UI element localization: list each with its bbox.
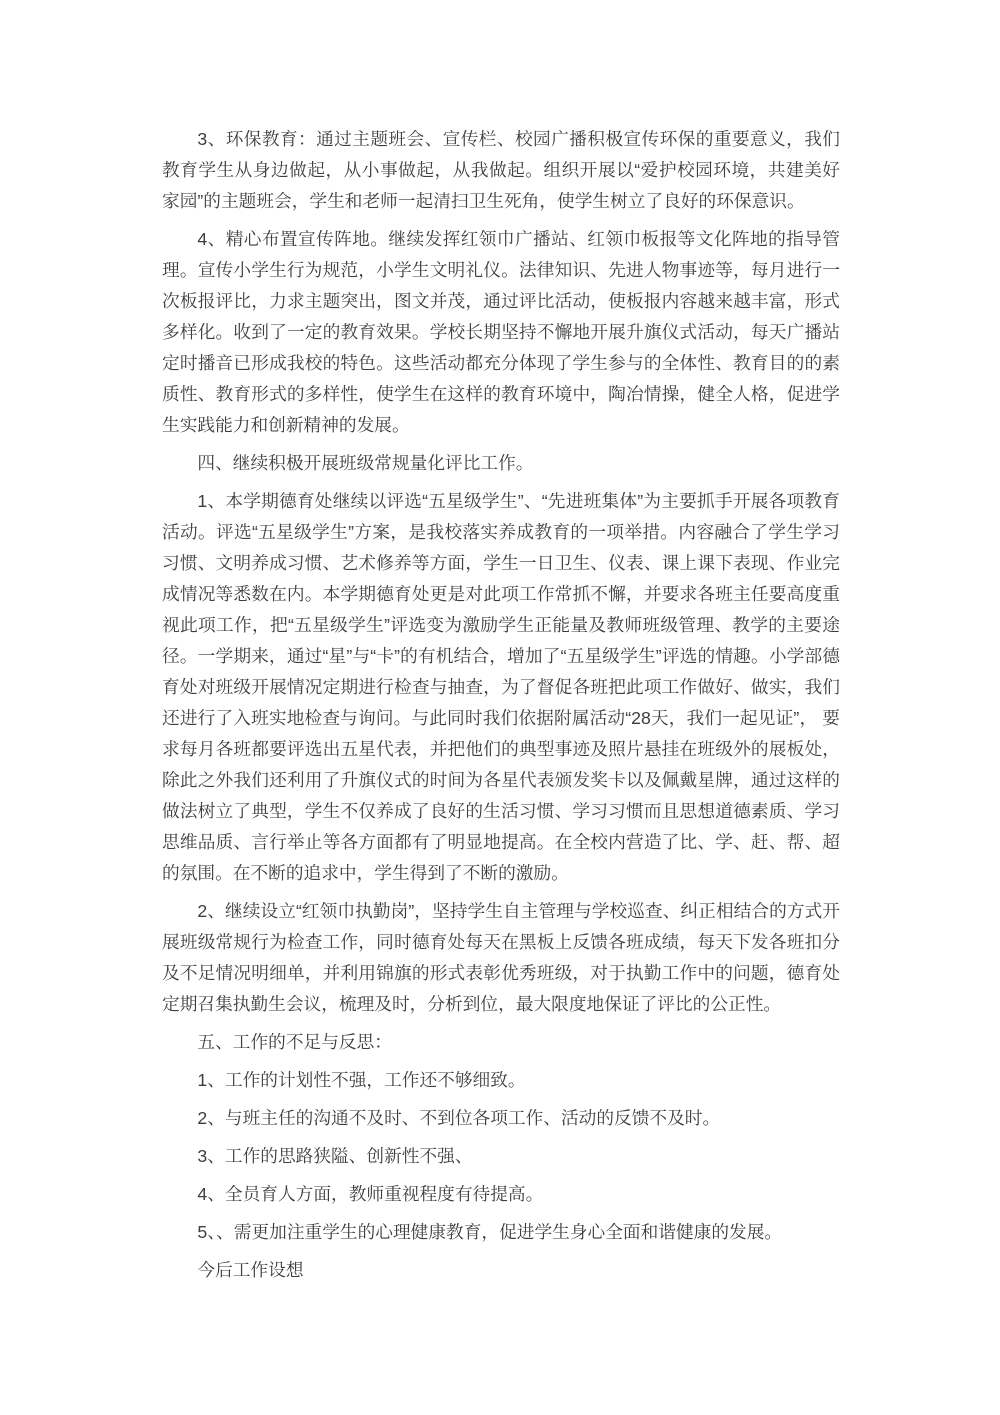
reflection-item-1: 1、工作的计划性不强，工作还不够细致。: [162, 1065, 840, 1096]
paragraph-duty-post: 2、继续设立“红领巾执勤岗”，坚持学生自主管理与学校巡查、纠正相结合的方式开展班…: [162, 896, 840, 1020]
paragraph-environment-education: 3、环保教育：通过主题班会、宣传栏、校园广播积极宣传环保的重要意义，我们教育学生…: [162, 124, 840, 217]
section-heading-four: 四、继续积极开展班级常规量化评比工作。: [162, 448, 840, 479]
paragraph-publicity-position: 4、精心布置宣传阵地。继续发挥红领巾广播站、红领巾板报等文化阵地的指导管理。宣传…: [162, 224, 840, 441]
paragraph-five-star-selection: 1、本学期德育处继续以评选“五星级学生”、“先进班集体”为主要抓手开展各项教育活…: [162, 486, 840, 889]
future-work-title: 今后工作设想: [162, 1255, 840, 1286]
reflection-item-3: 3、工作的思路狭隘、创新性不强、: [162, 1141, 840, 1172]
reflection-item-5: 5、、需更加注重学生的心理健康教育，促进学生身心全面和谐健康的发展。: [162, 1217, 840, 1248]
reflection-item-2: 2、与班主任的沟通不及时、不到位各项工作、活动的反馈不及时。: [162, 1103, 840, 1134]
document-page: 3、环保教育：通过主题班会、宣传栏、校园广播积极宣传环保的重要意义，我们教育学生…: [0, 0, 1000, 1415]
reflection-item-4: 4、全员育人方面，教师重视程度有待提高。: [162, 1179, 840, 1210]
section-heading-five: 五、工作的不足与反思：: [162, 1027, 840, 1058]
